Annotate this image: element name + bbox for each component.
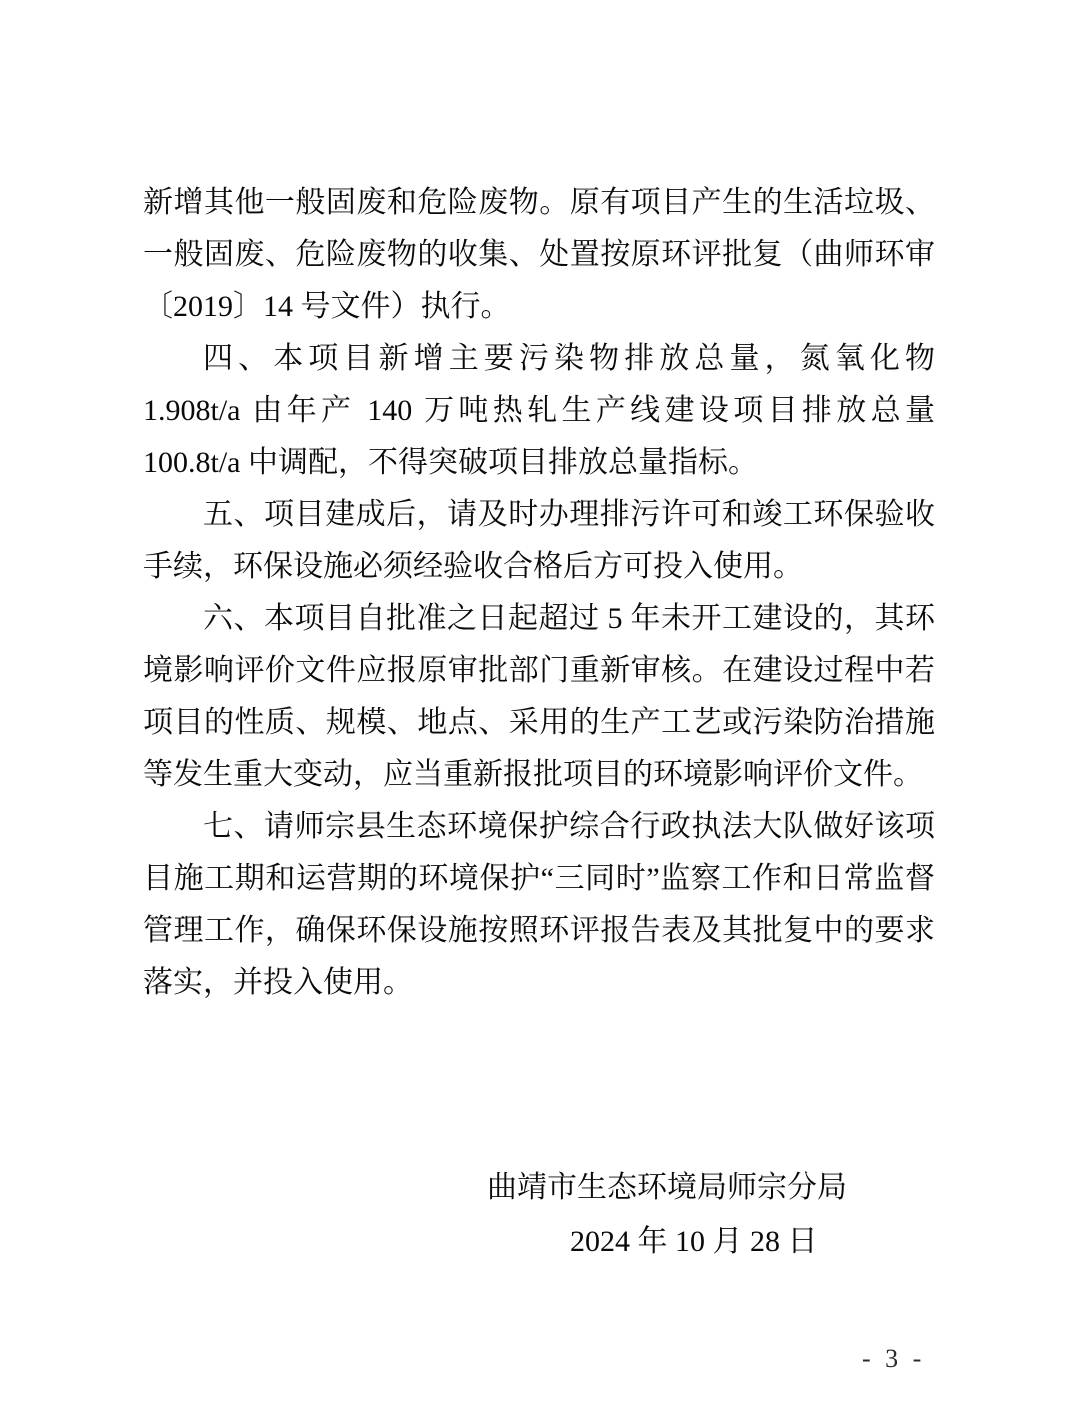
paragraph-continuation: 新增其他一般固废和危险废物。原有项目产生的生活垃圾、一般固废、危险废物的收集、处… bbox=[143, 177, 935, 333]
page-number: - 3 - bbox=[862, 1342, 925, 1376]
paragraph-item-7: 七、请师宗县生态环境保护综合行政执法大队做好该项目施工期和运营期的环境保护“三同… bbox=[143, 801, 935, 1009]
paragraph-item-4: 四、本项目新增主要污染物排放总量，氮氧化物 1.908t/a 由年产 140 万… bbox=[143, 333, 935, 489]
document-page: 新增其他一般固废和危险废物。原有项目产生的生活垃圾、一般固废、危险废物的收集、处… bbox=[0, 0, 1080, 1405]
document-body: 新增其他一般固废和危险废物。原有项目产生的生活垃圾、一般固废、危险废物的收集、处… bbox=[143, 177, 935, 1009]
paragraph-item-6: 六、本项目自批准之日起超过 5 年未开工建设的，其环境影响评价文件应报原审批部门… bbox=[143, 593, 935, 801]
signature-issuer: 曲靖市生态环境局师宗分局 bbox=[487, 1166, 847, 1210]
paragraph-item-5: 五、项目建成后，请及时办理排污许可和竣工环保验收手续，环保设施必须经验收合格后方… bbox=[143, 489, 935, 593]
signature-date: 2024 年 10 月 28 日 bbox=[570, 1220, 818, 1264]
